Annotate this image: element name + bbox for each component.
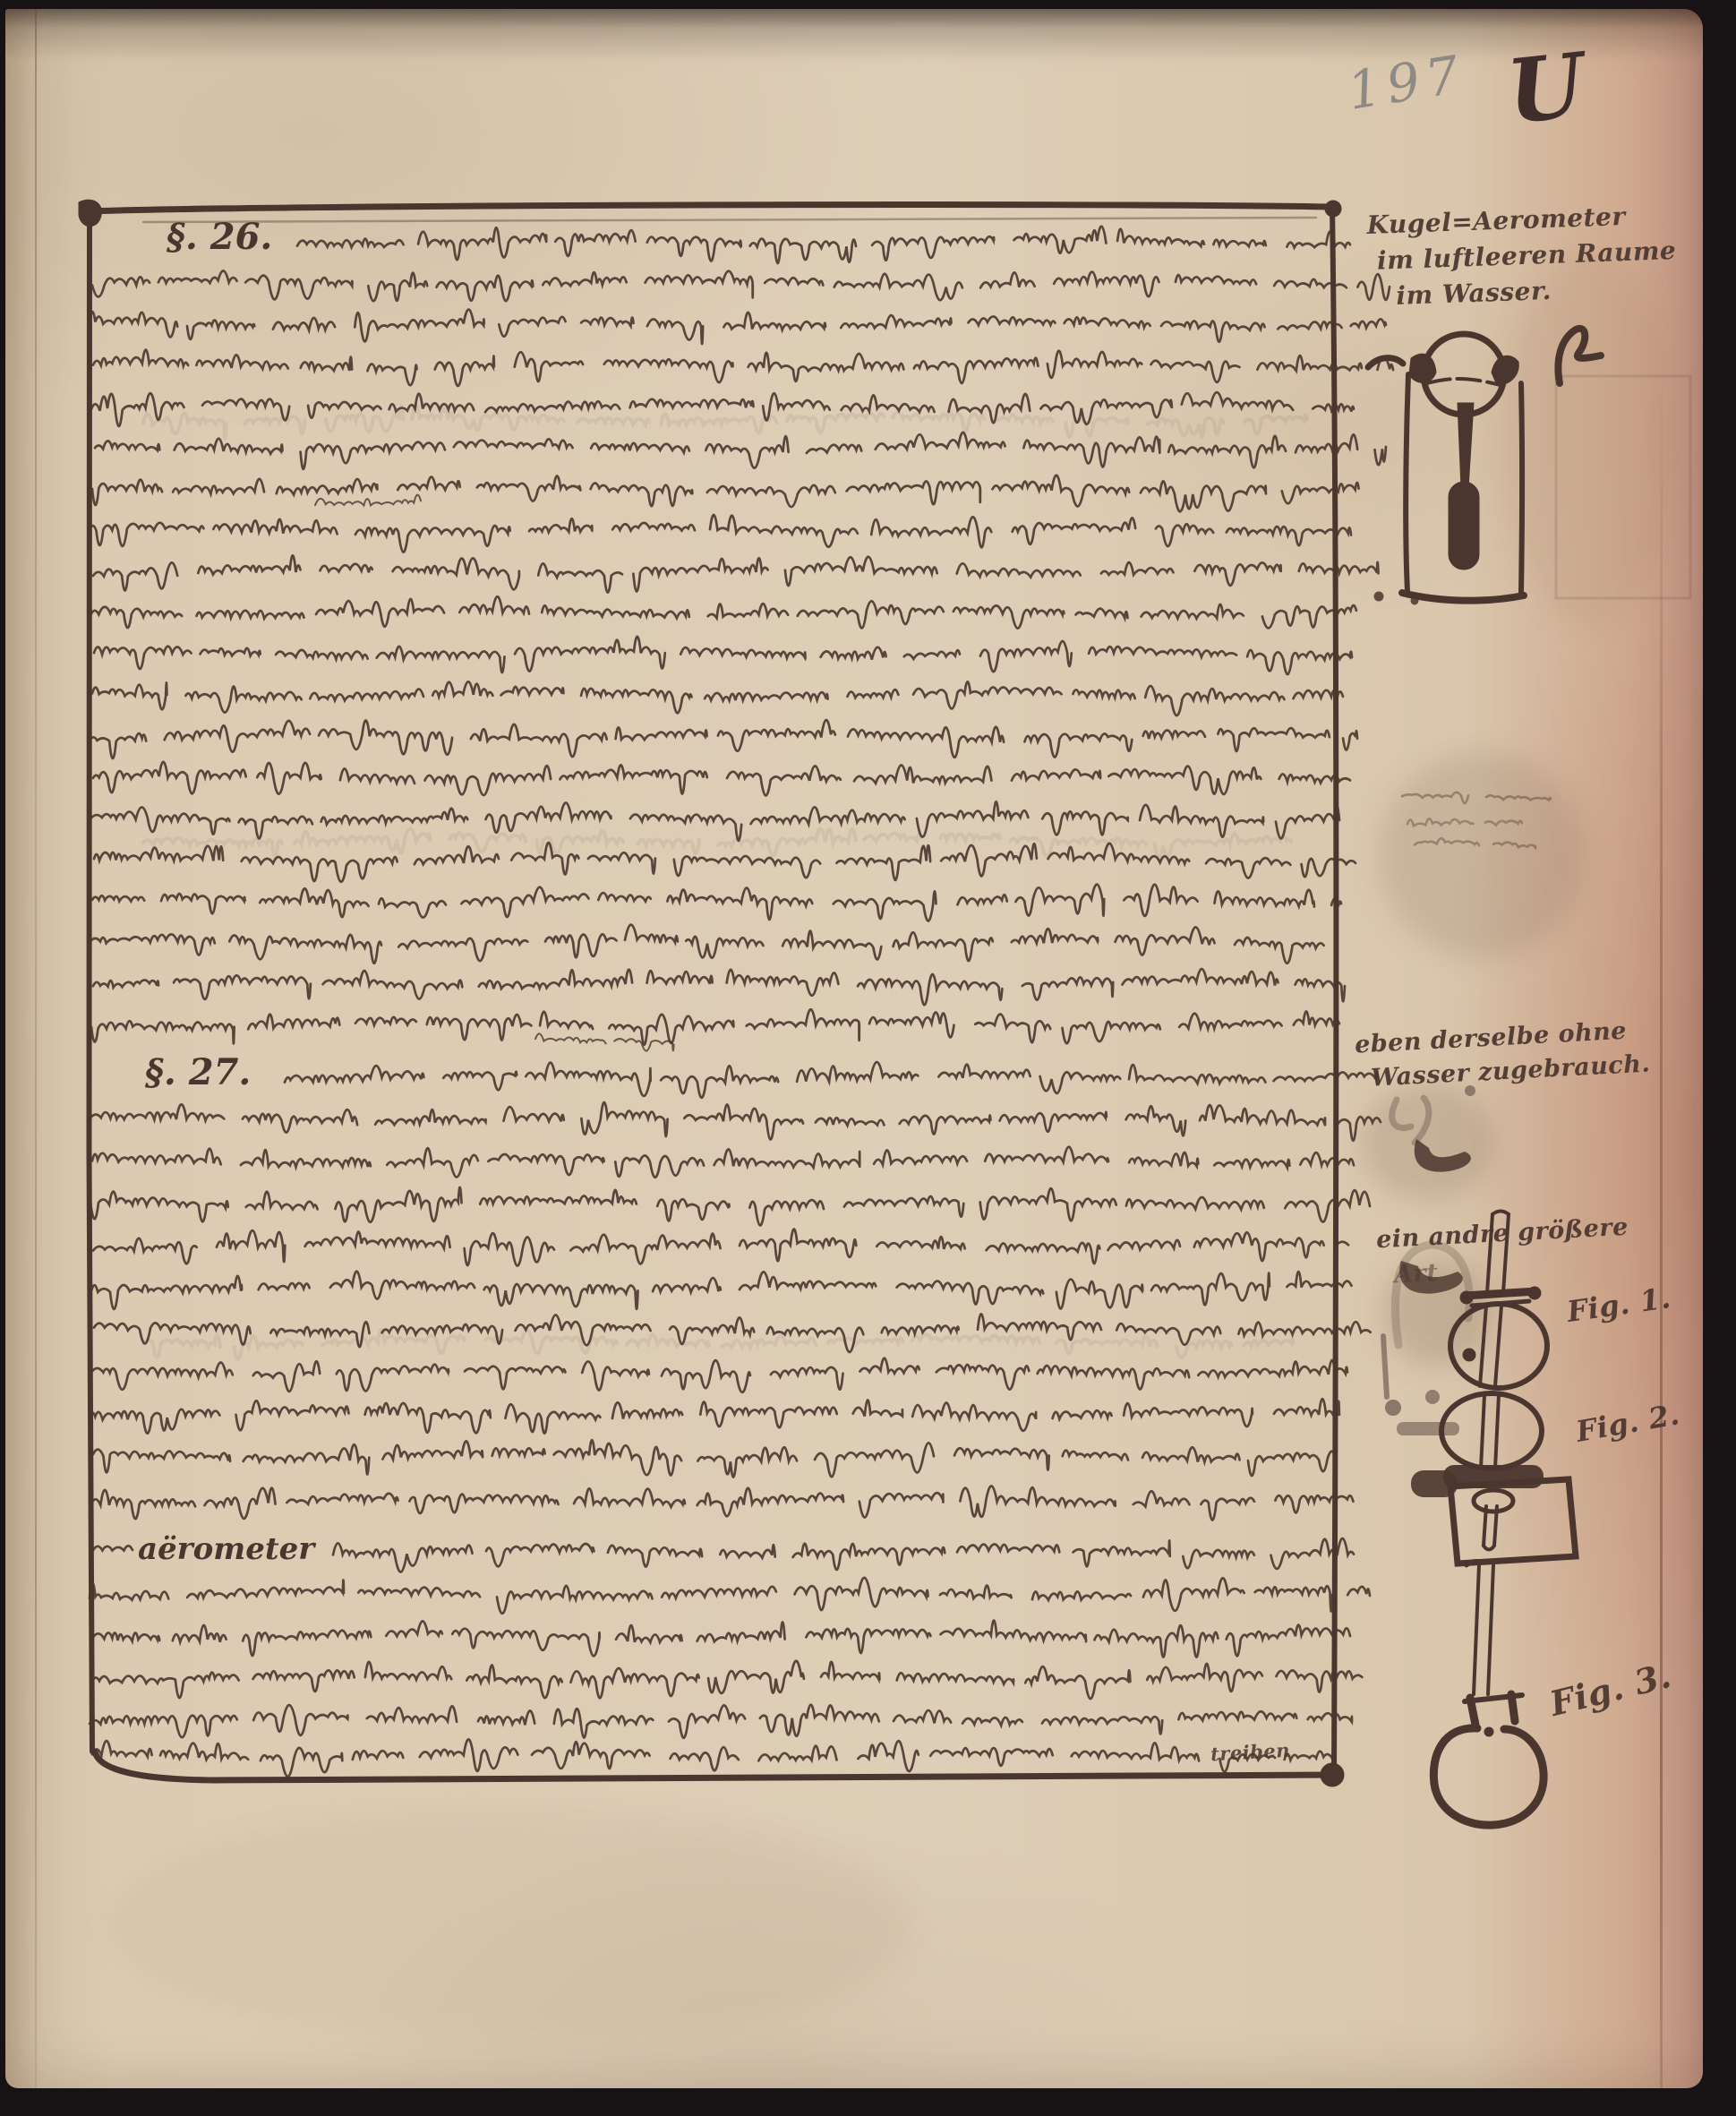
handwriting-line: [1407, 818, 1522, 826]
handwriting-line: [95, 433, 1386, 469]
handwriting-line: [92, 1358, 1347, 1392]
handwriting-line: [315, 495, 421, 506]
handwriting-line: [90, 1705, 1352, 1738]
legible-word: aërometer: [138, 1531, 316, 1567]
scanned-manuscript-spread: { "page": { "folio_number_pencil": "197"…: [0, 0, 1736, 2116]
handwriting-line: [93, 969, 1345, 1005]
handwriting-line: [143, 406, 1307, 438]
handwriting-line: [90, 1102, 1381, 1141]
handwriting-line: [93, 555, 1379, 592]
handwriting-line: [90, 925, 1324, 964]
handwriting-line: [91, 1009, 1339, 1045]
catchword: treiben: [1210, 1739, 1290, 1766]
handwriting-line: [90, 515, 1351, 553]
handwriting-line: [1402, 792, 1551, 803]
margin-note-lower: ein andre größere Art: [1375, 1210, 1631, 1295]
handwriting-line: [91, 801, 1339, 841]
handwriting-line: [1415, 838, 1535, 848]
handwriting-line: [535, 1033, 674, 1050]
handwriting-line: [143, 1330, 1294, 1358]
handwriting-line: [92, 1147, 1354, 1178]
handwriting-line: [93, 1229, 1348, 1266]
legible-word: §. 26.: [166, 216, 272, 258]
handwriting-line: [93, 350, 1393, 386]
handwriting-line: [91, 1661, 1362, 1699]
handwriting-line: [91, 1272, 1352, 1309]
gathering-letter: U: [1502, 34, 1589, 144]
handwriting-line: [90, 720, 1357, 758]
handwriting-line: [92, 270, 1390, 301]
handwriting-line: [91, 1486, 1353, 1521]
handwriting-line: [90, 310, 1386, 344]
handwriting-line: [93, 1440, 1336, 1477]
handwriting-line: [92, 1739, 1332, 1776]
margin-note-top: Kugel=Aerometer im luftleeren Raume im W…: [1366, 197, 1678, 315]
handwriting-line: [93, 762, 1350, 796]
handwriting-line: [297, 227, 1350, 263]
handwriting-line: [93, 1620, 1350, 1657]
handwriting-line: [94, 843, 1355, 882]
handwriting-line: [90, 1578, 1370, 1614]
handwriting-line: [90, 1399, 1339, 1434]
handwriting-line: [94, 637, 1352, 674]
handwriting-line: [90, 1187, 1370, 1226]
handwriting-line: [91, 596, 1356, 628]
handwriting-line: [92, 885, 1341, 921]
handwriting-line: [285, 1062, 1378, 1098]
handwriting-line: [92, 475, 1359, 512]
legible-word: §. 27.: [144, 1051, 251, 1093]
handwriting-line: [92, 681, 1343, 715]
